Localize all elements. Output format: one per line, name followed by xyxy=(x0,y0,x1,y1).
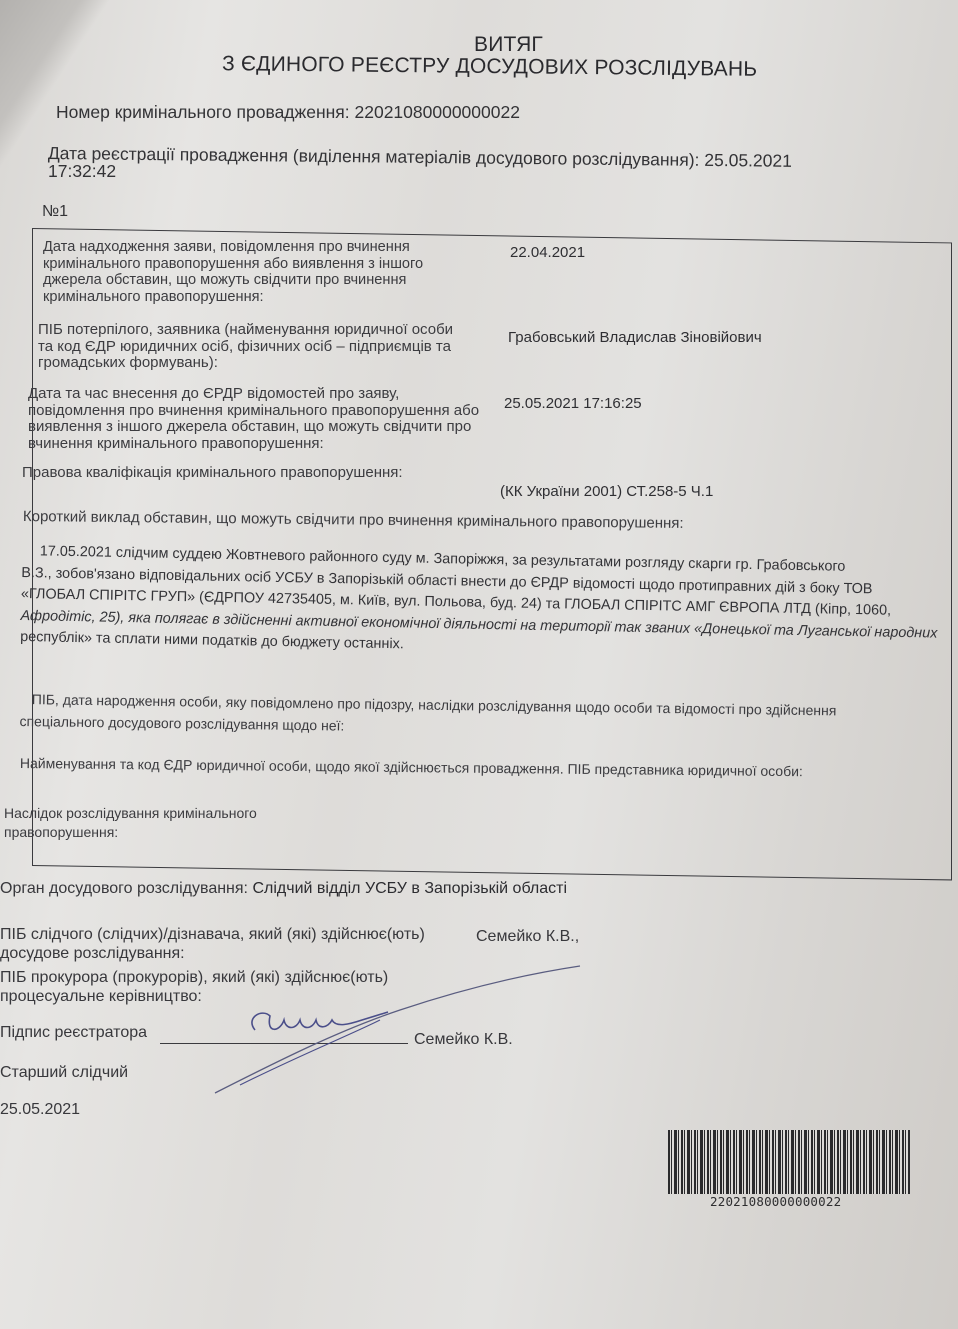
row-entry-date-label: Дата та час внесення до ЄРДР відомостей … xyxy=(28,386,479,452)
entry-number: №1 xyxy=(42,203,68,221)
qualification-value: (КК України 2001) СТ.258-5 Ч.1 xyxy=(500,483,713,500)
label-line: процесуальне керівництво: xyxy=(0,987,388,1006)
barcode xyxy=(668,1130,910,1194)
label-line: Наслідок розслідування кримінального xyxy=(4,804,257,823)
signature-name: Семейко К.В. xyxy=(414,1030,513,1049)
label-line: ПІБ прокурора (прокурорів), який (які) з… xyxy=(0,968,388,987)
authority-label: Орган досудового розслідування: xyxy=(0,880,248,897)
row-received-date-label: Дата надходження заяви, повідомлення про… xyxy=(43,239,423,305)
label-line: досудове розслідування: xyxy=(0,944,425,963)
signature-label: Підпис реєстратора xyxy=(0,1023,147,1042)
label-line: виявлення з іншого джерела обставин, що … xyxy=(28,419,479,436)
row-qualification-label: Правова кваліфікація кримінального право… xyxy=(22,465,403,482)
entry-datetime-value: 25.05.2021 17:16:25 xyxy=(504,395,642,412)
label-line: громадських формувань): xyxy=(38,355,453,372)
registration-label: Дата реєстрації провадження (виділення м… xyxy=(48,143,700,170)
signature-line xyxy=(160,1043,408,1044)
registration-line: Дата реєстрації провадження (виділення м… xyxy=(48,143,792,172)
investigator-label: ПІБ слідчого (слідчих)/дізнавача, який (… xyxy=(0,925,425,963)
label-line: та код ЄДР юридичних осіб, фізичних осіб… xyxy=(38,339,453,356)
investigator-value: Семейко К.В., xyxy=(476,927,579,946)
prosecutor-label: ПІБ прокурора (прокурорів), який (які) з… xyxy=(0,968,388,1006)
label-line: Дата та час внесення до ЄРДР відомостей … xyxy=(28,386,479,403)
label-line: вчинення кримінального правопорушення: xyxy=(28,436,479,453)
received-date-value: 22.04.2021 xyxy=(510,244,585,261)
registration-time: 17:32:42 xyxy=(48,161,116,182)
row-victim-label: ПІБ потерпілого, заявника (найменування … xyxy=(38,322,453,372)
authority-value: Слідчий відділ УСБУ в Запорізькій област… xyxy=(252,880,567,897)
barcode-number: 22021080000000022 xyxy=(710,1194,841,1209)
label-line: джерела обставин, що можуть свідчити про… xyxy=(43,272,423,289)
victim-name-value: Грабовський Владислав Зіновійович xyxy=(508,329,762,346)
document-title: ВИТЯГ xyxy=(474,33,543,57)
position-title: Старший слідчий xyxy=(0,1063,128,1082)
signature-date: 25.05.2021 xyxy=(0,1100,80,1119)
document-subtitle: З ЄДИНОГО РЕЄСТРУ ДОСУДОВИХ РОЗСЛІДУВАНЬ xyxy=(222,52,758,82)
label-line: повідомлення про вчинення кримінального … xyxy=(28,403,479,420)
case-number-line: Номер кримінального провадження: 2202108… xyxy=(56,102,520,123)
summary-text: 17.05.2021 слідчим суддею Жовтневого рай… xyxy=(20,541,939,666)
label-line: Дата надходження заяви, повідомлення про… xyxy=(43,239,423,256)
authority-line: Орган досудового розслідування: Слідчий … xyxy=(0,879,567,898)
label-line: кримінального правопорушення: xyxy=(43,289,423,306)
case-number-label: Номер кримінального провадження: xyxy=(56,102,350,122)
registration-date: 25.05.2021 xyxy=(704,150,792,171)
label-line: кримінального правопорушення або виявлен… xyxy=(43,256,423,273)
label-line: ПІБ слідчого (слідчих)/дізнавача, який (… xyxy=(0,925,425,944)
label-line: ПІБ потерпілого, заявника (найменування … xyxy=(38,322,453,339)
case-number: 22021080000000022 xyxy=(355,102,520,122)
outcome-label: Наслідок розслідування кримінального пра… xyxy=(4,804,257,842)
label-line: правопорушення: xyxy=(4,823,257,842)
